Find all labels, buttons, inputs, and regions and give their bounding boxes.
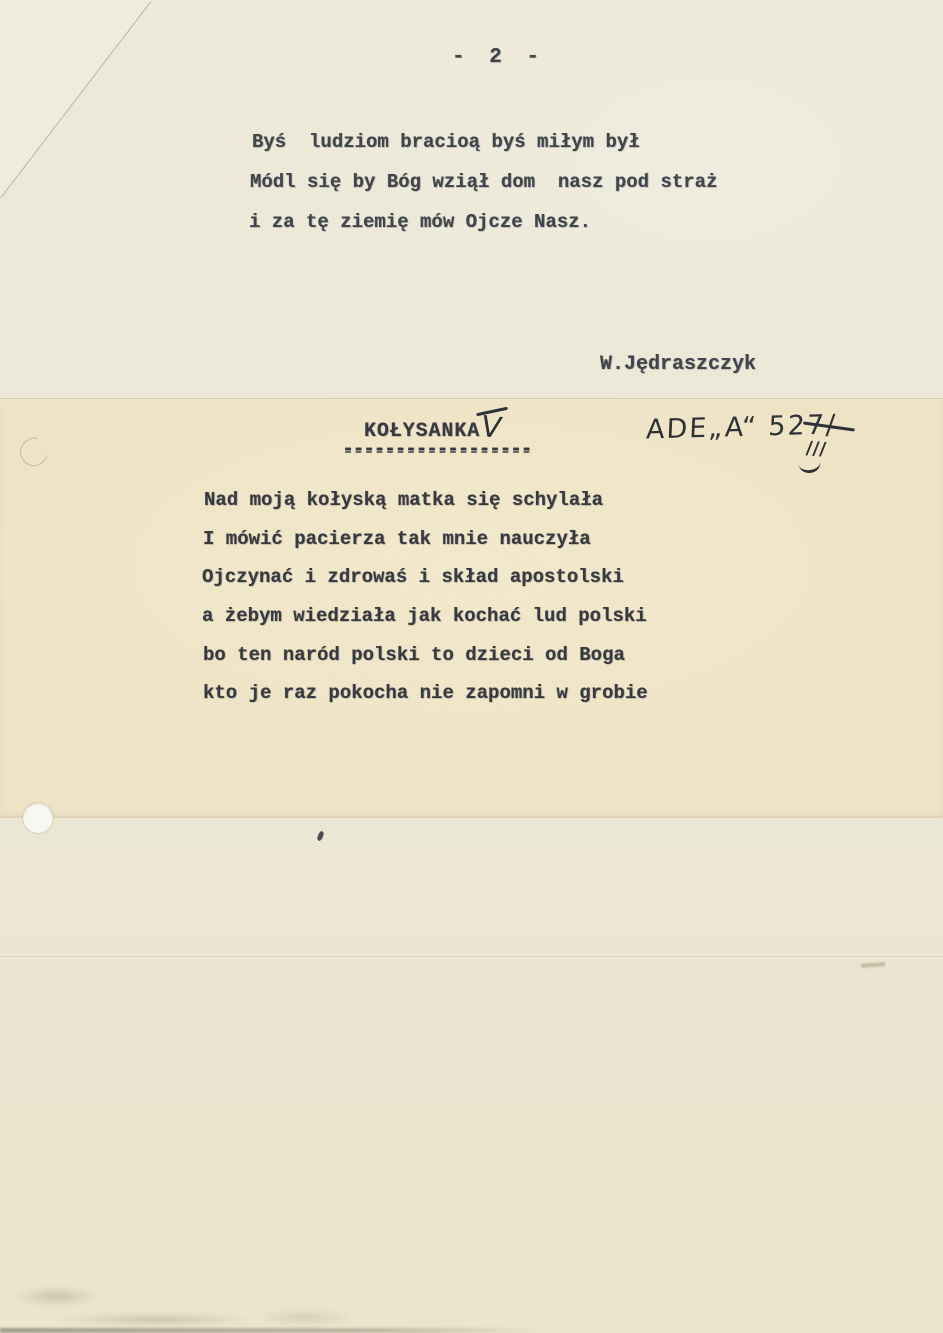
lower-sheet [0, 818, 943, 1333]
poem-line: bo ten naród polski to dzieci od Boga [203, 644, 625, 667]
stanza-line: i za tę ziemię mów Ojcze Nasz. [249, 211, 591, 234]
poem-line: kto je raz pokocha nie zapomni w grobie [203, 682, 648, 705]
author-signature: W.Jędraszczyk [600, 353, 756, 377]
page-number: - 2 - [452, 45, 545, 70]
title-underline: ------------------ [342, 438, 531, 462]
scanned-typescript-page: - 2 - Byś ludziom bracioą byś miłym był … [0, 0, 943, 1333]
poem-line: Nad moją kołyską matka się schylała [204, 489, 603, 512]
poem-line: I mówić pacierza tak mnie nauczyła [203, 528, 591, 551]
poem-line: Ojczynać i zdrowaś i skład apostolski [202, 566, 624, 589]
hole-punch [23, 803, 53, 833]
scan-bottom-edge [0, 1328, 540, 1333]
sheet-seam-line [0, 956, 943, 957]
stanza-line: Módl się by Bóg wziął dom nasz pod straż [250, 171, 717, 194]
stanza-line: Byś ludziom bracioą byś miłym był [252, 131, 640, 154]
poem-line: a żebym wiedziała jak kochać lud polski [202, 605, 647, 628]
ink-bleed-through [5, 1286, 435, 1328]
